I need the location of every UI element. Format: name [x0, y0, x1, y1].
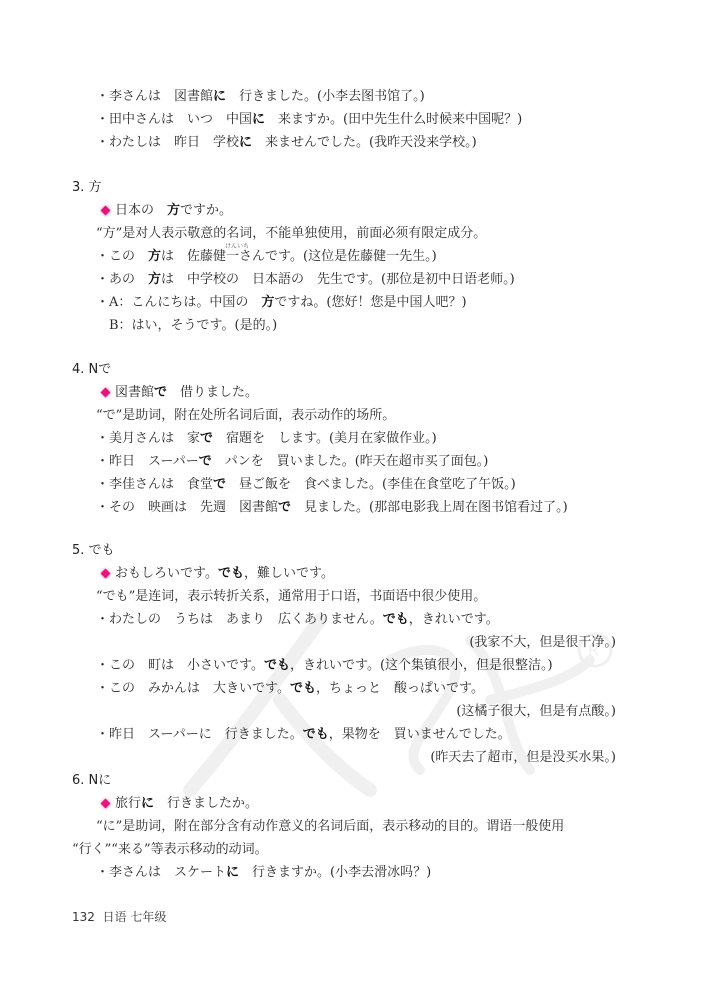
- keyword: でも: [303, 727, 329, 742]
- example-jp: ・李さんは スケート: [96, 865, 226, 880]
- section-heading: 5. でも: [72, 542, 115, 560]
- example-jp: 来ませんでした。: [252, 135, 369, 150]
- example-line: ・昨日 スーパーで パンを 買いました。(昨天在超市买了面包。): [96, 453, 488, 471]
- example-jp: は 中学校の 日本語の 先生です。: [161, 272, 381, 287]
- sentence-pattern: 図書館で 借りました。: [100, 384, 258, 402]
- explanation: “で”是助词，附在处所名词后面，表示动作的场所。: [96, 407, 395, 425]
- explanation: “行く”“来る”等表示移动的动词。: [72, 841, 268, 859]
- explanation: “に”是助词，附在部分含有动作意义的名词后面，表示移动的目的。谓语一般使用: [96, 818, 564, 836]
- example-line: ・A：こんにちは。中国の 方ですね。(您好！您是中国人吧？): [96, 294, 467, 312]
- pattern-text: 借りました。: [167, 385, 258, 400]
- example-translation: (我昨天没来学校。): [369, 135, 477, 150]
- example-line: ・この みかんは 大きいです。でも，ちょっと 酸っぱいです。: [96, 680, 484, 698]
- example-jp: ですね。: [274, 295, 326, 310]
- pattern-text: ですか。: [180, 203, 232, 218]
- keyword: に: [239, 135, 252, 150]
- keyword: 方: [148, 272, 161, 287]
- example-translation: (您好！您是中国人吧？): [326, 295, 466, 310]
- explanation: “でも”是连词，表示转折关系，通常用于口语，书面语中很少使用。: [96, 588, 486, 606]
- example-jp: ・わたしは 昨日 学校: [96, 135, 239, 150]
- example-translation: (这橘子很大，但是有点酸。): [456, 703, 616, 721]
- keyword: で: [278, 500, 291, 515]
- keyword: で: [199, 454, 212, 469]
- example-line: ・この 町は 小さいです。でも，きれいです。(这个集镇很小，但是很整洁。): [96, 657, 553, 675]
- example-jp: 昼ご飯を 食べました。: [226, 477, 382, 492]
- example-jp: ・田中さんは いつ 中国: [96, 112, 252, 127]
- example-line: ・李さんは スケートに 行きますか。(小李去滑冰吗？): [96, 864, 431, 882]
- example-translation: (那位是初中日语老师。): [381, 272, 515, 287]
- section-heading: 4. Nで: [72, 361, 111, 379]
- example-jp: パンを 買いました。: [212, 454, 355, 469]
- sentence-pattern: 日本の 方ですか。: [100, 202, 232, 220]
- example-jp: 行きました。: [226, 89, 317, 104]
- example-jp: ・李さんは 図書館: [96, 89, 213, 104]
- example-jp: ・この みかんは 大きいです。: [96, 681, 290, 696]
- example-jp: 見ました。: [291, 500, 369, 515]
- example-jp: ・この 町は 小さいです。: [96, 658, 264, 673]
- pattern-text: ，難しいです。: [244, 566, 334, 581]
- pattern-text: 日本の: [115, 203, 167, 218]
- section-heading: 3. 方: [72, 179, 102, 197]
- example-line: ・あの 方は 中学校の 日本語の 先生です。(那位是初中日语老师。): [96, 271, 515, 289]
- example-jp: ・わたしの うちは あまり 広くありません。: [96, 612, 383, 627]
- keyword: で: [213, 477, 226, 492]
- example-jp: ・美月さんは 家: [96, 431, 200, 446]
- example-jp: ・A：こんにちは。中国の: [96, 295, 261, 310]
- example-translation: (那部电影我上周在图书馆看过了。): [369, 500, 568, 515]
- book-title: 日语 七年级: [103, 910, 167, 924]
- example-line: ・その 映画は 先週 図書館で 見ました。(那部电影我上周在图书馆看过了。): [96, 499, 568, 517]
- diamond-bullet-icon: [101, 798, 111, 808]
- pattern-text: おもしろいです。: [115, 566, 218, 581]
- example-line: ・昨日 スーパーに 行きました。でも，果物を 買いませんでした。: [96, 726, 511, 744]
- publisher-watermark: R: [170, 600, 630, 800]
- example-translation: (是的。): [235, 318, 278, 333]
- keyword: に: [141, 796, 154, 811]
- page-footer: 132 日语 七年级: [72, 908, 166, 925]
- example-line: ・わたしは 昨日 学校に 来ませんでした。(我昨天没来学校。): [96, 134, 477, 152]
- example-jp: ，きれいです。: [290, 658, 380, 673]
- example-line: ・この 方は 佐藤健一さんです。(这位是佐藤健一先生。): [96, 248, 437, 266]
- keyword: で: [154, 385, 167, 400]
- example-translation: (我家不大，但是很干净。): [469, 634, 616, 652]
- example-translation: (小李去图书馆了。): [317, 89, 425, 104]
- diamond-bullet-icon: [101, 205, 111, 215]
- example-line: ・美月さんは 家で 宿題を します。(美月在家做作业。): [96, 430, 437, 448]
- example-jp: 行きますか。: [239, 865, 330, 880]
- pattern-text: 行きましたか。: [154, 796, 258, 811]
- keyword: に: [252, 112, 265, 127]
- example-jp: B：はい，そうです。: [96, 318, 235, 333]
- keyword: 方: [261, 295, 274, 310]
- keyword: 方: [167, 203, 180, 218]
- example-translation: (这位是佐藤健一先生。): [303, 249, 437, 264]
- example-translation: (昨天在超市买了面包。): [355, 454, 489, 469]
- example-translation: (这个集镇很小，但是很整洁。): [380, 658, 553, 673]
- example-jp: ・その 映画は 先週 図書館: [96, 500, 278, 515]
- keyword: で: [200, 431, 213, 446]
- example-jp: ，果物を 買いませんでした。: [329, 727, 511, 742]
- example-jp: ・この: [96, 249, 148, 264]
- example-line: ・李佳さんは 食堂で 昼ご飯を 食べました。(李佳在食堂吃了午饭。): [96, 476, 516, 494]
- example-jp: ・あの: [96, 272, 148, 287]
- keyword: でも: [264, 658, 290, 673]
- sentence-pattern: 旅行に 行きましたか。: [100, 795, 258, 813]
- example-jp: ，きれいです。: [409, 612, 499, 627]
- section-heading: 6. Nに: [72, 772, 111, 790]
- sentence-pattern: おもしろいです。でも，難しいです。: [100, 565, 334, 583]
- keyword: でも: [218, 566, 244, 581]
- pattern-text: 図書館: [115, 385, 154, 400]
- example-translation: (美月在家做作业。): [329, 431, 437, 446]
- explanation: “方”是对人表示敬意的名词，不能单独使用，前面必须有限定成分。: [96, 225, 486, 243]
- example-jp: 来ますか。: [265, 112, 343, 127]
- example-translation: (田中先生什么时候来中国呢？): [343, 112, 522, 127]
- example-translation: (小李去滑冰吗？): [330, 865, 431, 880]
- example-jp: ・昨日 スーパーに 行きました。: [96, 727, 303, 742]
- page-number: 132: [72, 910, 95, 924]
- example-jp: ・昨日 スーパー: [96, 454, 199, 469]
- keyword: に: [226, 865, 239, 880]
- keyword: 方: [148, 249, 161, 264]
- example-jp: ，ちょっと 酸っぱいです。: [316, 681, 484, 696]
- example-line: ・李さんは 図書館に 行きました。(小李去图书馆了。): [96, 88, 425, 106]
- example-line: B：はい，そうです。(是的。): [96, 317, 277, 335]
- example-jp: ・李佳さんは 食堂: [96, 477, 213, 492]
- example-jp: は 佐藤健一さんです。: [161, 249, 303, 264]
- example-translation: (昨天去了超市，但是没买水果。): [430, 749, 616, 767]
- example-jp: 宿題を します。: [213, 431, 329, 446]
- example-line: ・田中さんは いつ 中国に 来ますか。(田中先生什么时候来中国呢？): [96, 111, 522, 129]
- keyword: に: [213, 89, 226, 104]
- diamond-bullet-icon: [101, 387, 111, 397]
- keyword: でも: [383, 612, 409, 627]
- pattern-text: 旅行: [115, 796, 141, 811]
- diamond-bullet-icon: [101, 568, 111, 578]
- example-translation: (李佳在食堂吃了午饭。): [382, 477, 516, 492]
- keyword: でも: [290, 681, 316, 696]
- example-line: ・わたしの うちは あまり 広くありません。でも，きれいです。: [96, 611, 499, 629]
